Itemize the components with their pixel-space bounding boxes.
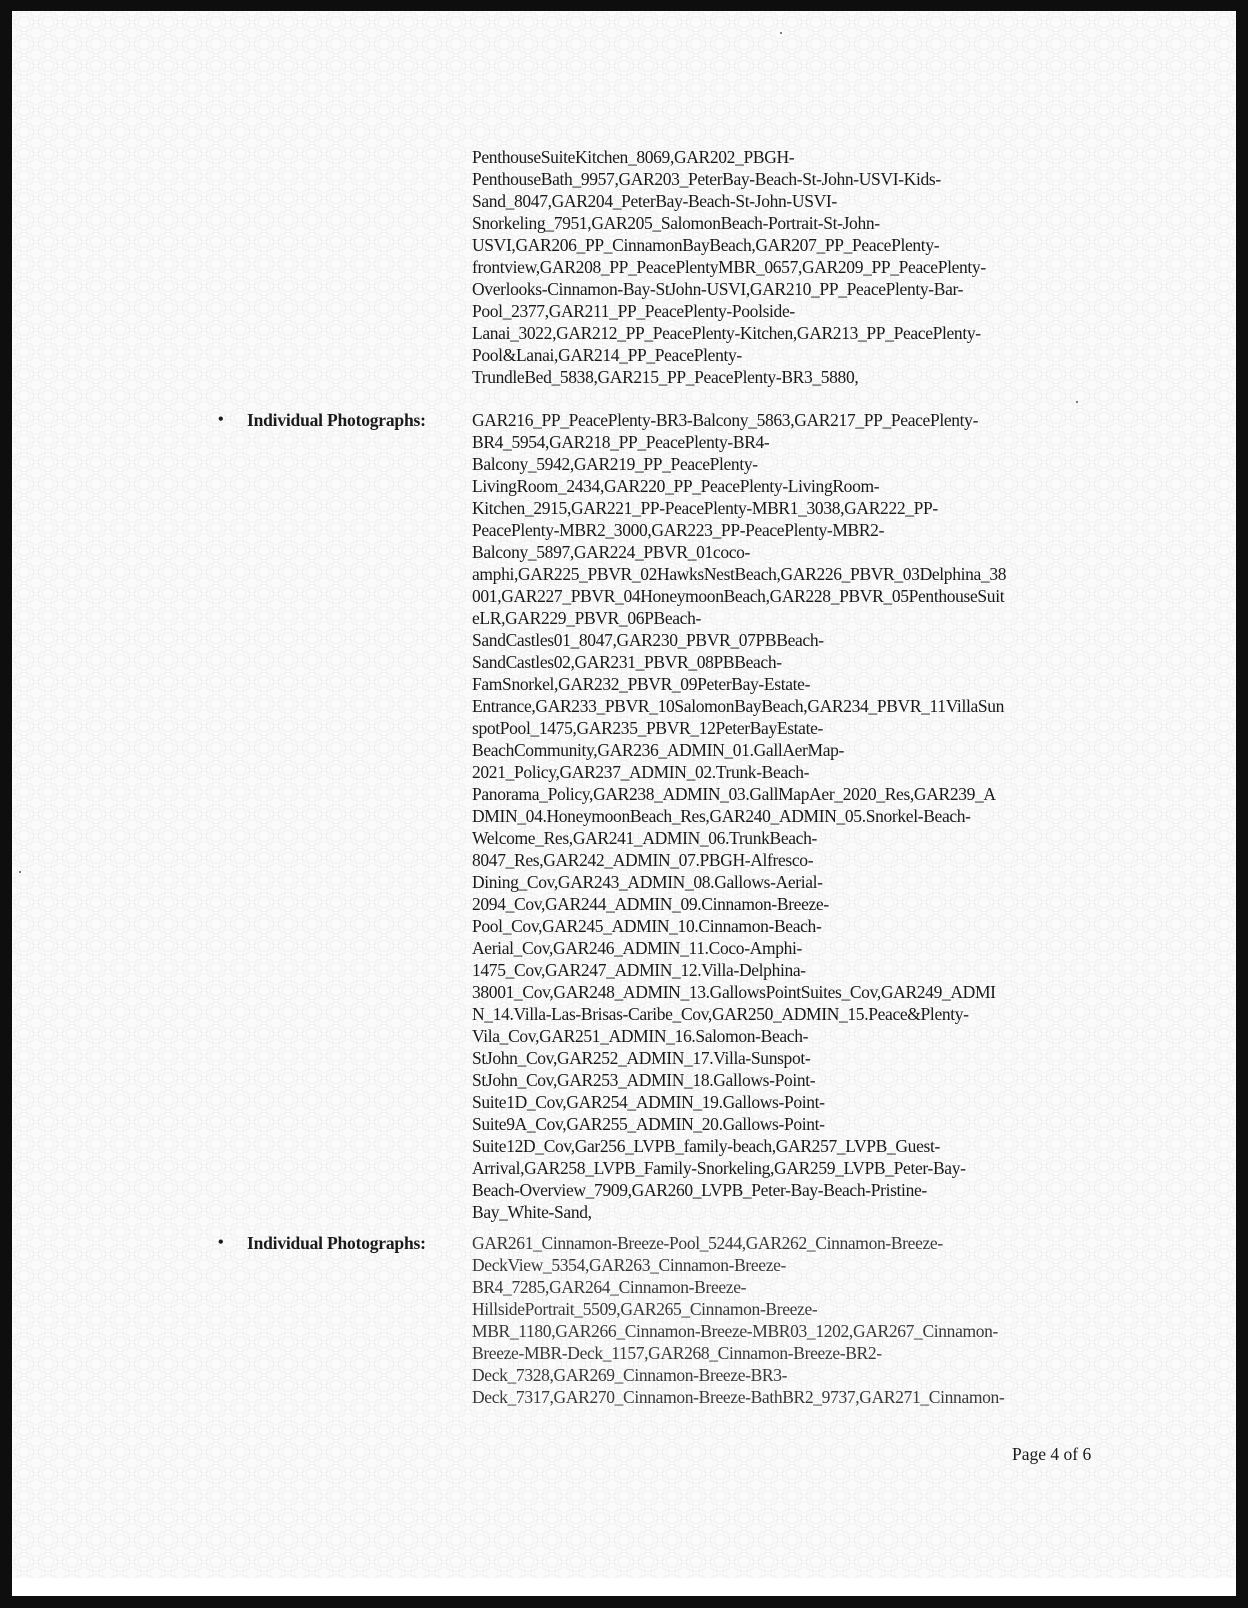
text-line: BeachCommunity,GAR236_ADMIN_01.GallAerMa… — [472, 739, 1112, 761]
text-line: Pool_Cov,GAR245_ADMIN_10.Cinnamon-Beach- — [472, 915, 1112, 937]
text-line: Suite9A_Cov,GAR255_ADMIN_20.Gallows-Poin… — [472, 1113, 1112, 1135]
text-line: DeckView_5354,GAR263_Cinnamon-Breeze- — [472, 1254, 1112, 1276]
text-line: Kitchen_2915,GAR221_PP-PeacePlenty-MBR1_… — [472, 497, 1112, 519]
text-line: Snorkeling_7951,GAR205_SalomonBeach-Port… — [472, 212, 1112, 234]
text-line: Entrance,GAR233_PBVR_10SalomonBayBeach,G… — [472, 695, 1112, 717]
text-line: 2021_Policy,GAR237_ADMIN_02.Trunk-Beach- — [472, 761, 1112, 783]
text-line: frontview,GAR208_PP_PeacePlentyMBR_0657,… — [472, 256, 1112, 278]
text-line: StJohn_Cov,GAR253_ADMIN_18.Gallows-Point… — [472, 1069, 1112, 1091]
text-line: eLR,GAR229_PBVR_06PBeach- — [472, 607, 1112, 629]
text-line: Aerial_Cov,GAR246_ADMIN_11.Coco-Amphi- — [472, 937, 1112, 959]
text-line: PeacePlenty-MBR2_3000,GAR223_PP-PeacePle… — [472, 519, 1112, 541]
text-line: 2094_Cov,GAR244_ADMIN_09.Cinnamon-Breeze… — [472, 893, 1112, 915]
scan-speck — [19, 871, 21, 873]
text-line: Pool_2377,GAR211_PP_PeacePlenty-Poolside… — [472, 300, 1112, 322]
text-line: HillsidePortrait_5509,GAR265_Cinnamon-Br… — [472, 1298, 1112, 1320]
page-bottom-margin — [12, 1578, 1236, 1596]
text-line: 8047_Res,GAR242_ADMIN_07.PBGH-Alfresco- — [472, 849, 1112, 871]
text-line: amphi,GAR225_PBVR_02HawksNestBeach,GAR22… — [472, 563, 1112, 585]
text-line: Bay_White-Sand, — [472, 1201, 1112, 1223]
section-label: Individual Photographs: — [247, 409, 426, 431]
text-line: Balcony_5897,GAR224_PBVR_01coco- — [472, 541, 1112, 563]
text-line: Suite12D_Cov,Gar256_LVPB_family-beach,GA… — [472, 1135, 1112, 1157]
text-line: Arrival,GAR258_LVPB_Family-Snorkeling,GA… — [472, 1157, 1112, 1179]
text-line: PenthouseSuiteKitchen_8069,GAR202_PBGH- — [472, 146, 1112, 168]
text-line: spotPool_1475,GAR235_PBVR_12PeterBayEsta… — [472, 717, 1112, 739]
text-line: StJohn_Cov,GAR252_ADMIN_17.Villa-Sunspot… — [472, 1047, 1112, 1069]
text-line: SandCastles01_8047,GAR230_PBVR_07PBBeach… — [472, 629, 1112, 651]
text-line: FamSnorkel,GAR232_PBVR_09PeterBay-Estate… — [472, 673, 1112, 695]
text-line: GAR261_Cinnamon-Breeze-Pool_5244,GAR262_… — [472, 1232, 1112, 1254]
continuation-text: PenthouseSuiteKitchen_8069,GAR202_PBGH-P… — [472, 146, 1112, 388]
text-line: Panorama_Policy,GAR238_ADMIN_03.GallMapA… — [472, 783, 1112, 805]
text-line: SandCastles02,GAR231_PBVR_08PBBeach- — [472, 651, 1112, 673]
text-line: TrundleBed_5838,GAR215_PP_PeacePlenty-BR… — [472, 366, 1112, 388]
text-line: GAR216_PP_PeacePlenty-BR3-Balcony_5863,G… — [472, 409, 1112, 431]
page-number: Page 4 of 6 — [1012, 1443, 1091, 1465]
text-line: 001,GAR227_PBVR_04HoneymoonBeach,GAR228_… — [472, 585, 1112, 607]
text-line: 38001_Cov,GAR248_ADMIN_13.GallowsPointSu… — [472, 981, 1112, 1003]
text-line: LivingRoom_2434,GAR220_PP_PeacePlenty-Li… — [472, 475, 1112, 497]
bullet-icon: • — [218, 1232, 224, 1254]
text-line: Pool&Lanai,GAR214_PP_PeacePlenty- — [472, 344, 1112, 366]
text-line: Deck_7317,GAR270_Cinnamon-Breeze-BathBR2… — [472, 1386, 1112, 1408]
text-line: MBR_1180,GAR266_Cinnamon-Breeze-MBR03_12… — [472, 1320, 1112, 1342]
bullet-icon: • — [218, 409, 224, 431]
text-line: Lanai_3022,GAR212_PP_PeacePlenty-Kitchen… — [472, 322, 1112, 344]
text-line: 1475_Cov,GAR247_ADMIN_12.Villa-Delphina- — [472, 959, 1112, 981]
section-label: Individual Photographs: — [247, 1232, 426, 1254]
text-line: Deck_7328,GAR269_Cinnamon-Breeze-BR3- — [472, 1364, 1112, 1386]
text-line: Vila_Cov,GAR251_ADMIN_16.Salomon-Beach- — [472, 1025, 1112, 1047]
scan-speck — [1076, 401, 1078, 403]
text-line: USVI,GAR206_PP_CinnamonBayBeach,GAR207_P… — [472, 234, 1112, 256]
text-line: PenthouseBath_9957,GAR203_PeterBay-Beach… — [472, 168, 1112, 190]
text-line: BR4_7285,GAR264_Cinnamon-Breeze- — [472, 1276, 1112, 1298]
section-text: GAR216_PP_PeacePlenty-BR3-Balcony_5863,G… — [472, 409, 1112, 1223]
document-page: PenthouseSuiteKitchen_8069,GAR202_PBGH-P… — [12, 11, 1236, 1596]
text-line: BR4_5954,GAR218_PP_PeacePlenty-BR4- — [472, 431, 1112, 453]
text-line: Overlooks-Cinnamon-Bay-StJohn-USVI,GAR21… — [472, 278, 1112, 300]
text-line: Dining_Cov,GAR243_ADMIN_08.Gallows-Aeria… — [472, 871, 1112, 893]
text-line: Welcome_Res,GAR241_ADMIN_06.TrunkBeach- — [472, 827, 1112, 849]
text-line: Sand_8047,GAR204_PeterBay-Beach-St-John-… — [472, 190, 1112, 212]
text-line: DMIN_04.HoneymoonBeach_Res,GAR240_ADMIN_… — [472, 805, 1112, 827]
text-line: Suite1D_Cov,GAR254_ADMIN_19.Gallows-Poin… — [472, 1091, 1112, 1113]
section-text: GAR261_Cinnamon-Breeze-Pool_5244,GAR262_… — [472, 1232, 1112, 1408]
scan-speck — [780, 32, 782, 34]
text-line: N_14.Villa-Las-Brisas-Caribe_Cov,GAR250_… — [472, 1003, 1112, 1025]
text-line: Beach-Overview_7909,GAR260_LVPB_Peter-Ba… — [472, 1179, 1112, 1201]
text-line: Balcony_5942,GAR219_PP_PeacePlenty- — [472, 453, 1112, 475]
text-line: Breeze-MBR-Deck_1157,GAR268_Cinnamon-Bre… — [472, 1342, 1112, 1364]
